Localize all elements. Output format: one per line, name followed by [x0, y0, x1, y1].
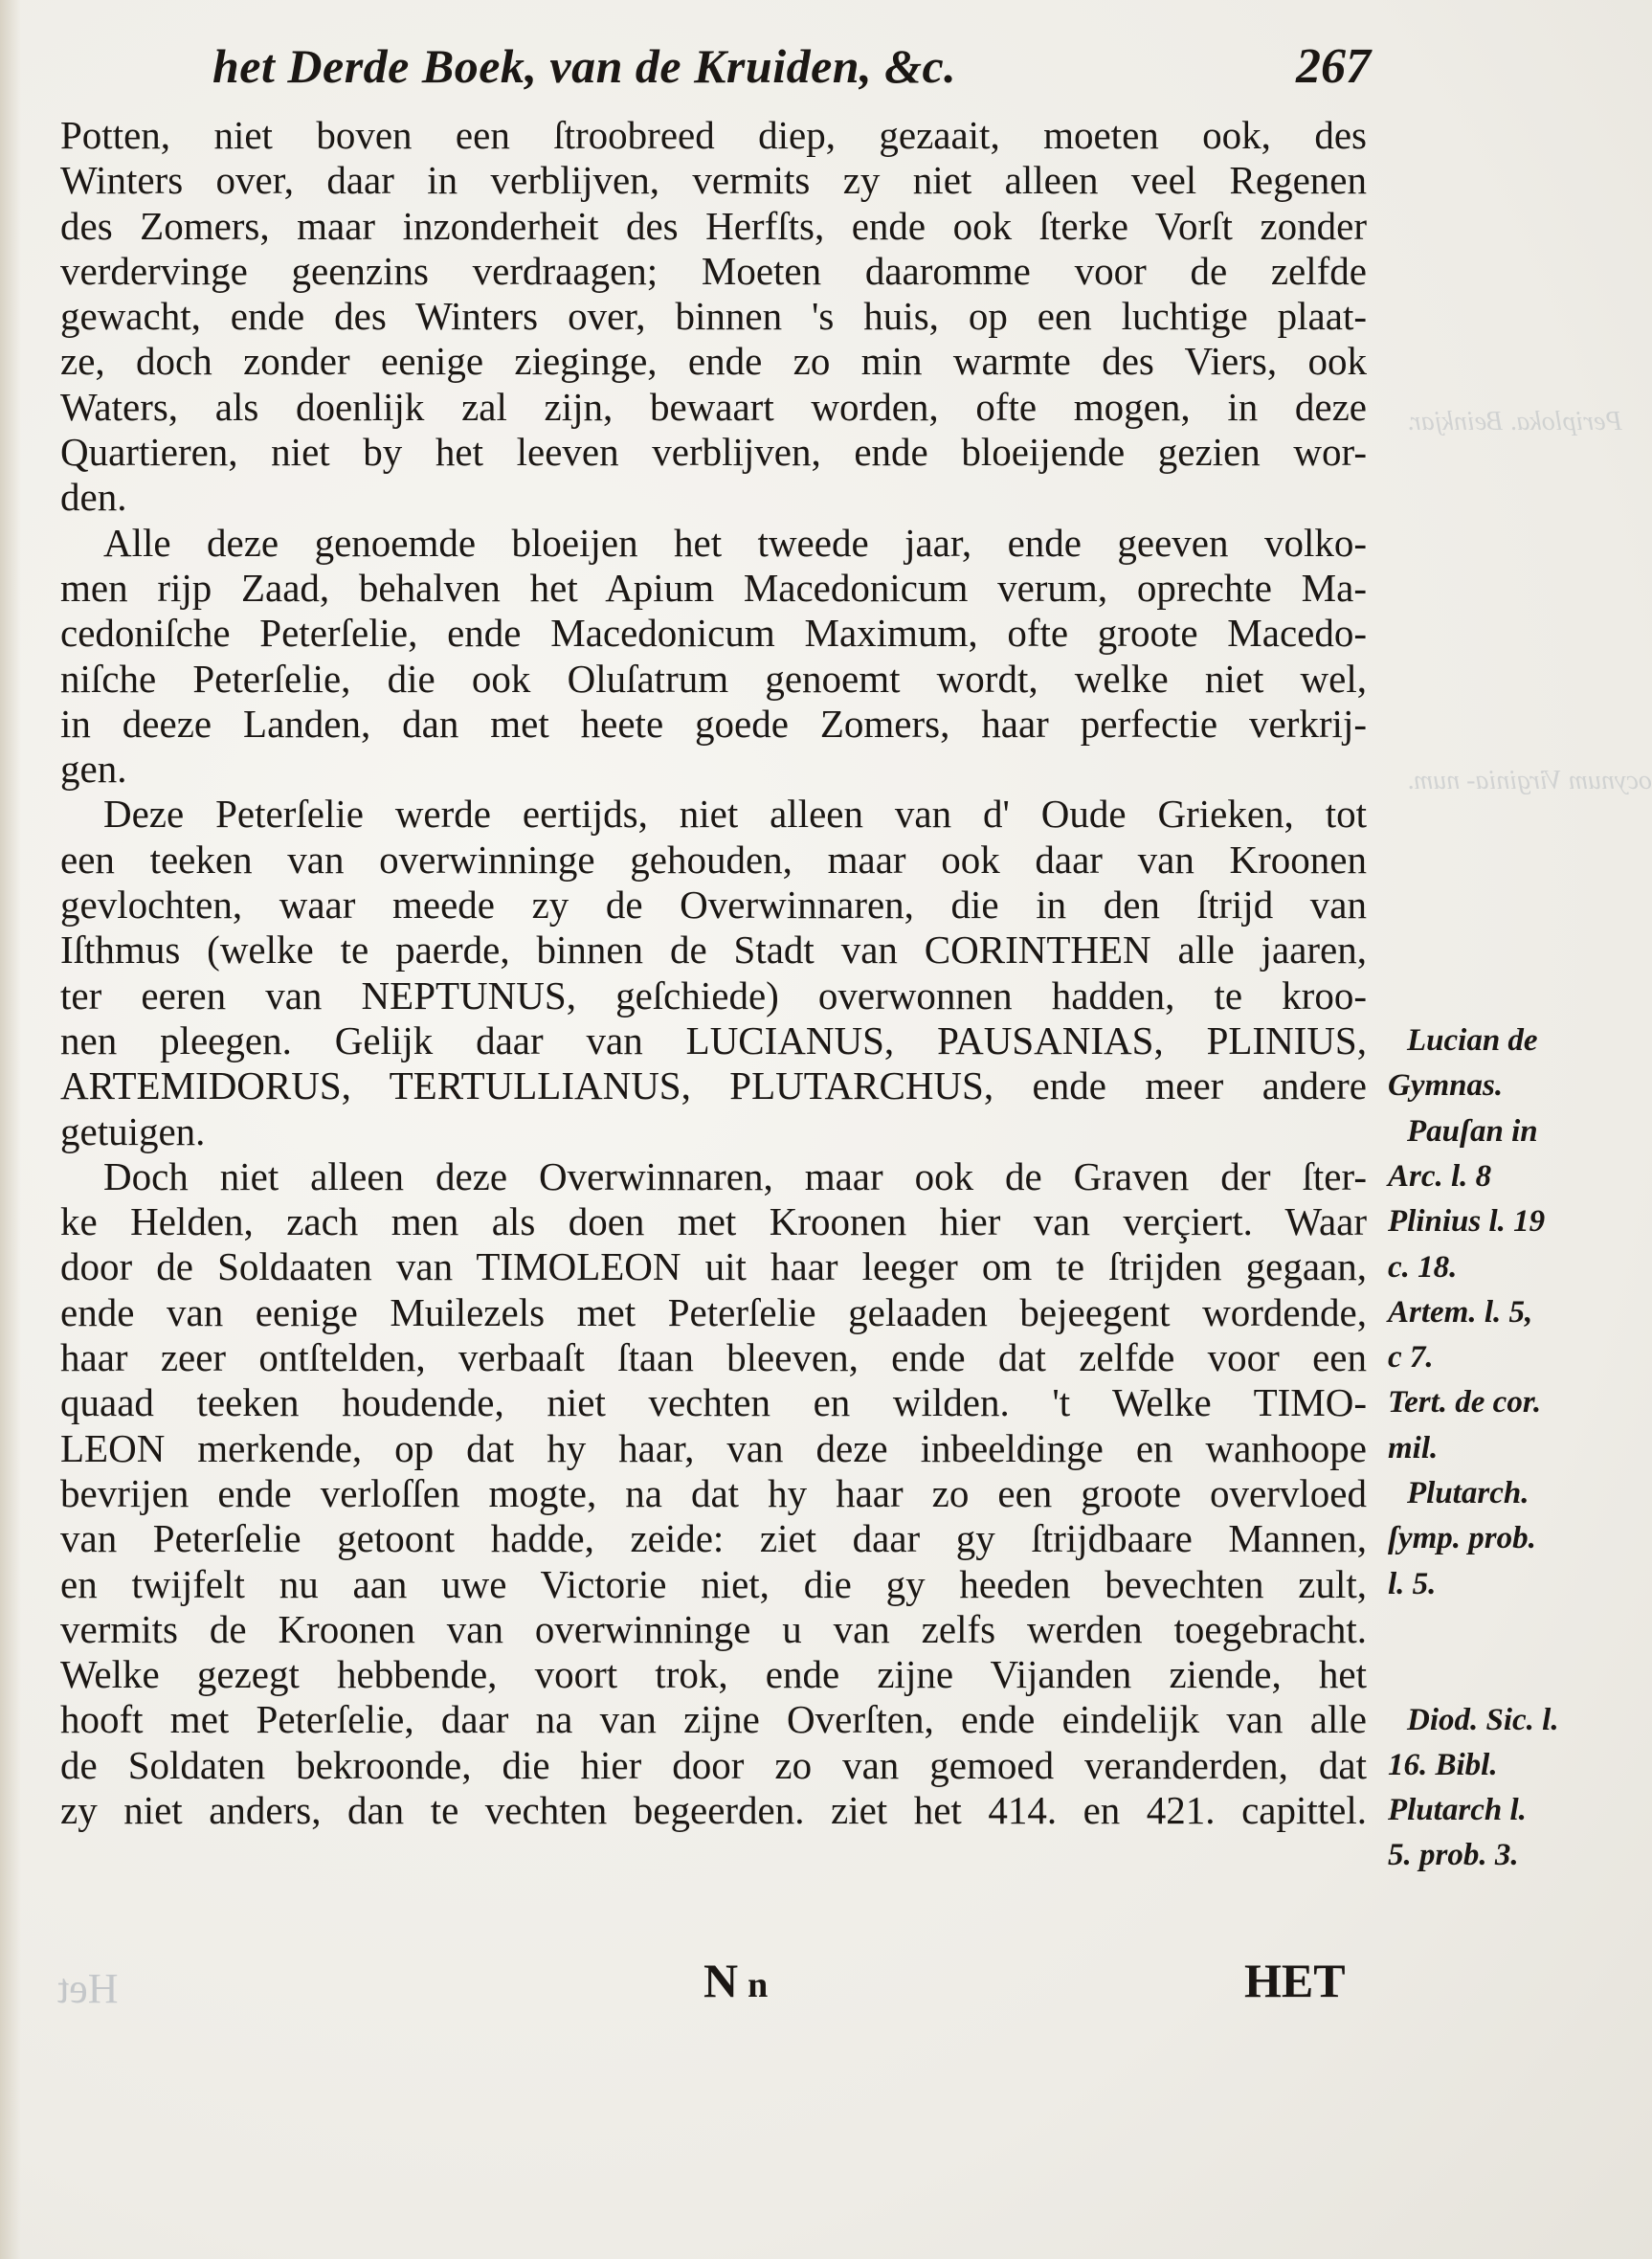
body-text: Potten, niet boven een ſtroobreed diep, … [60, 113, 1367, 1833]
margin-note: Artem. l. 5, [1388, 1290, 1532, 1335]
margin-note: Pauſan in [1388, 1109, 1538, 1154]
text-line: ende van eenige Muilezels met Peterſelie… [60, 1290, 1367, 1335]
text-line: Deze Peterſelie werde eertijds, niet all… [60, 792, 1367, 837]
margin-note: 16. Bibl. [1388, 1743, 1498, 1788]
text-line: nen pleegen. Gelijk daar van LUCIANUS, P… [60, 1018, 1367, 1063]
text-line: de Soldaten bekroonde, die hier door zo … [60, 1743, 1367, 1788]
text-line: niſche Peterſelie, die ook Oluſatrum gen… [60, 657, 1367, 702]
catchword: HET [1244, 1953, 1346, 2008]
signature-mark-minor: n [748, 1965, 768, 2005]
margin-note: 5. prob. 3. [1388, 1833, 1519, 1878]
margin-note: l. 5. [1388, 1562, 1436, 1607]
page-edge-shadow [0, 0, 21, 2259]
text-line: in deeze Landen, dan met heete goede Zom… [60, 702, 1367, 747]
signature-mark: N n [703, 1953, 768, 2008]
page-number: 267 [1296, 38, 1371, 95]
text-line: en twijfelt nu aan uwe Victorie niet, di… [60, 1562, 1367, 1607]
text-line: Waters, als doenlijk zal zijn, bewaart w… [60, 385, 1367, 430]
margin-note: Plutarch l. [1388, 1788, 1527, 1833]
margin-note: Arc. l. 8 [1388, 1154, 1491, 1199]
text-line: ter eeren van NEPTUNUS, geſchiede) overw… [60, 973, 1367, 1018]
text-line: gewacht, ende des Winters over, binnen '… [60, 294, 1367, 339]
text-line: cedoniſche Peterſelie, ende Macedonicum … [60, 611, 1367, 656]
text-line: gevlochten, waar meede zy de Overwinnare… [60, 883, 1367, 928]
margin-note: Tert. de cor. [1388, 1380, 1541, 1425]
margin-note: c. 18. [1388, 1245, 1457, 1290]
text-line: door de Soldaaten van TIMOLEON uit haar … [60, 1244, 1367, 1289]
bleed-through-catchword: Het [57, 1964, 119, 2013]
margin-note: Plutarch. [1388, 1471, 1529, 1516]
margin-note: Lucian de [1388, 1018, 1538, 1063]
text-line: Welke gezegt hebbende, voort trok, ende … [60, 1652, 1367, 1697]
text-line: des Zomers, maar inzonderheit des Herfſt… [60, 204, 1367, 249]
text-line: bevrijen ende verloſſen mogte, na dat hy… [60, 1471, 1367, 1516]
text-line: Winters over, daar in verblijven, vermit… [60, 158, 1367, 203]
text-line: Quartieren, niet by het leeven verblijve… [60, 430, 1367, 475]
text-line: Alle deze genoemde bloeijen het tweede j… [60, 521, 1367, 566]
text-line: een teeken van overwinninge gehouden, ma… [60, 838, 1367, 883]
margin-note: Gymnas. [1388, 1063, 1503, 1108]
text-line: ke Helden, zach men als doen met Kroonen… [60, 1199, 1367, 1244]
signature-mark-major: N [703, 1954, 738, 2007]
text-line: van Peterſelie getoont hadde, zeide: zie… [60, 1516, 1367, 1561]
text-line: verdervinge geenzins verdraagen; Moeten … [60, 249, 1367, 294]
text-line: LEON merkende, op dat hy haar, van deze … [60, 1426, 1367, 1471]
text-line: Doch niet alleen deze Overwinnaren, maar… [60, 1154, 1367, 1199]
text-line: getuigen. [60, 1109, 1367, 1154]
text-line: hooft met Peterſelie, daar na van zijne … [60, 1697, 1367, 1742]
text-line: den. [60, 475, 1367, 520]
text-line: quaad teeken houdende, niet vechten en w… [60, 1380, 1367, 1425]
text-line: ze, doch zonder eenige zieginge, ende zo… [60, 339, 1367, 384]
margin-note: Diod. Sic. l. [1388, 1698, 1559, 1743]
bleed-through-note: Periploka. Beinkjar. [1407, 407, 1622, 437]
text-line: gen. [60, 747, 1367, 792]
running-head: het Derde Boek, van de Kruiden, &c. 267 [212, 38, 1371, 115]
text-line: haar zeer ontſtelden, verbaaſt ſtaan ble… [60, 1335, 1367, 1380]
text-line: Iſthmus (welke te paerde, binnen de Stad… [60, 928, 1367, 973]
text-line: Potten, niet boven een ſtroobreed diep, … [60, 113, 1367, 158]
margin-note: c 7. [1388, 1335, 1434, 1380]
text-line: zy niet anders, dan te vechten begeerden… [60, 1788, 1367, 1833]
bleed-through-note: Apocynum Virginia- num. [1407, 766, 1652, 796]
margin-note: mil. [1388, 1426, 1438, 1471]
margin-note: Plinius l. 19 [1388, 1199, 1545, 1244]
running-head-title: het Derde Boek, van de Kruiden, &c. [212, 38, 956, 94]
text-line: ARTEMIDORUS, TERTULLIANUS, PLUTARCHUS, e… [60, 1063, 1367, 1108]
margin-note: ſymp. prob. [1388, 1516, 1536, 1561]
text-line: men rijp Zaad, behalven het Apium Macedo… [60, 566, 1367, 611]
text-line: vermits de Kroonen van overwinninge u va… [60, 1607, 1367, 1652]
